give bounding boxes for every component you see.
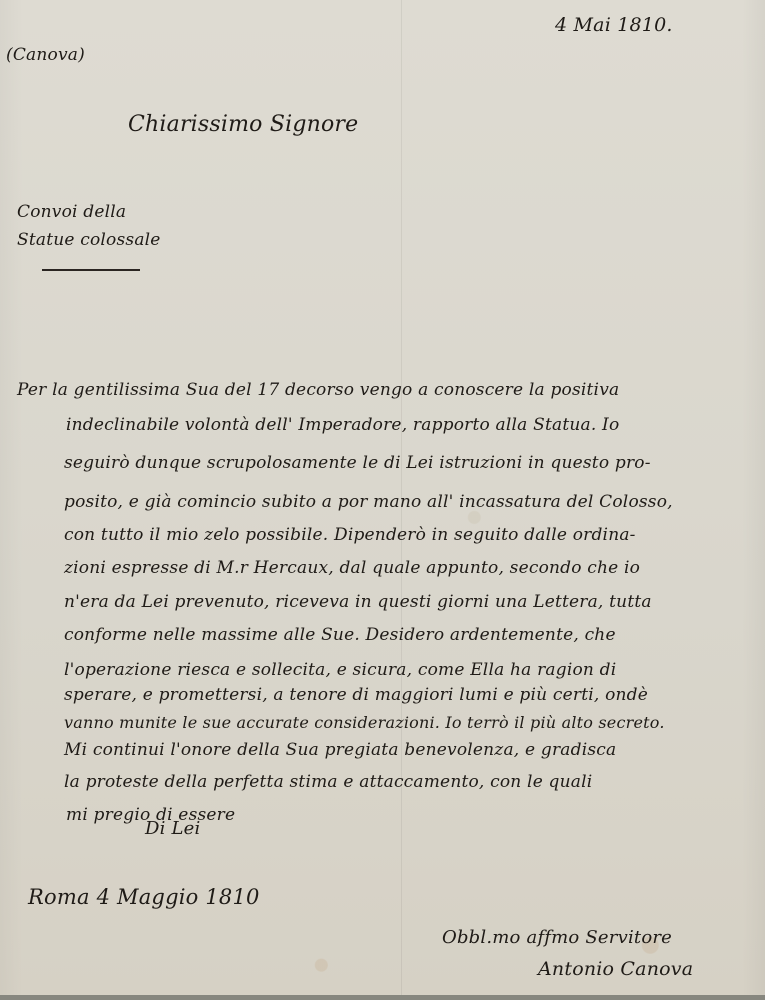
body-line: Mi continui l'onore della Sua pregiata b… <box>64 740 616 760</box>
subject-underline <box>42 269 140 271</box>
body-line: seguirò dunque scrupolosamente le di Lei… <box>64 453 651 473</box>
body-line: conforme nelle massime alle Sue. Desider… <box>64 625 616 645</box>
body-line: l'operazione riesca e sollecita, e sicur… <box>64 660 616 680</box>
body-line: zioni espresse di M.r Hercaux, dal quale… <box>64 558 640 578</box>
header-date: 4 Mai 1810. <box>555 14 673 36</box>
salutation: Chiarissimo Signore <box>128 112 358 137</box>
archive-note: (Canova) <box>6 45 85 65</box>
page-bottom-edge <box>0 995 765 1000</box>
subject-line: Statue colossale <box>17 226 161 254</box>
subject-line: Convoi della <box>17 198 161 226</box>
body-line: n'era da Lei prevenuto, riceveva in ques… <box>64 592 652 612</box>
subject-note: Convoi della Statue colossale <box>17 198 161 254</box>
body-line: posito, e già comincio subito a por mano… <box>64 492 673 512</box>
letter-page: 4 Mai 1810. (Canova) Chiarissimo Signore… <box>0 0 765 995</box>
body-line: vanno munite le sue accurate considerazi… <box>64 713 665 732</box>
body-line: Per la gentilissima Sua del 17 decorso v… <box>17 380 619 400</box>
body-line: la proteste della perfetta stima e attac… <box>64 772 592 792</box>
signature: Antonio Canova <box>538 958 693 980</box>
body-line: indeclinabile volontà dell' Imperadore, … <box>66 415 619 435</box>
body-line: con tutto il mio zelo possibile. Dipende… <box>64 525 636 545</box>
place-date: Roma 4 Maggio 1810 <box>28 885 260 909</box>
signature-formula: Obbl.mo affmo Servitore <box>442 927 672 948</box>
body-line: sperare, e promettersi, a tenore di magg… <box>64 685 648 705</box>
closing: Di Lei <box>145 818 200 839</box>
